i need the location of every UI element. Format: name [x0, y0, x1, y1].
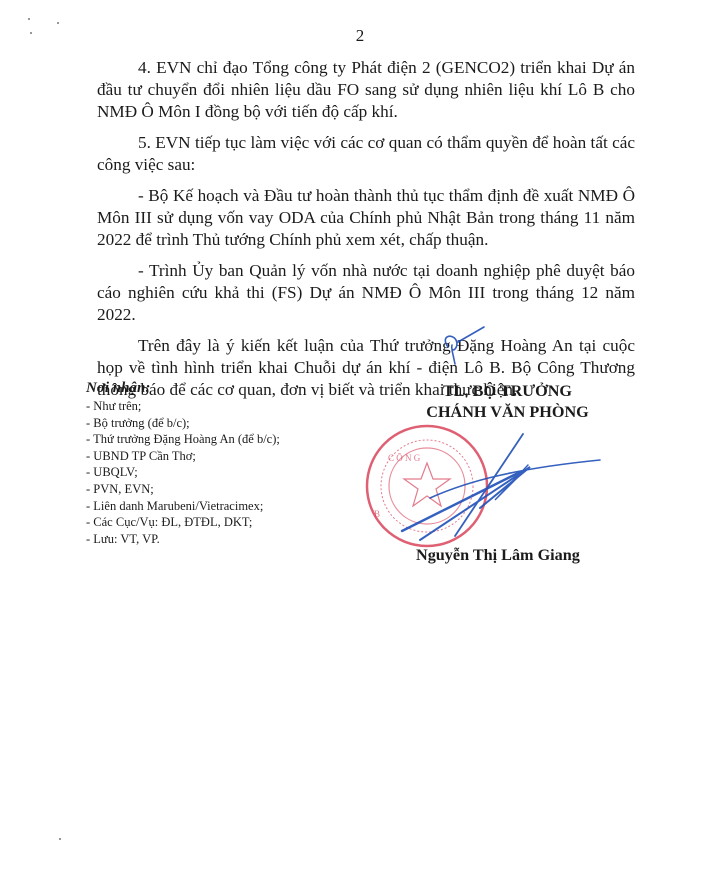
paragraph-sub-2: - Trình Ủy ban Quản lý vốn nhà nước tại …: [97, 260, 635, 326]
recipients-block: Nơi nhận: Như trên; Bộ trưởng (để b/c); …: [86, 380, 280, 547]
recipient-item: Bộ trưởng (để b/c);: [86, 415, 280, 432]
recipient-item: UBQLV;: [86, 464, 280, 481]
recipient-item: Lưu: VT, VP.: [86, 531, 280, 548]
signer-name: Nguyễn Thị Lâm Giang: [416, 546, 580, 565]
recipient-item: UBND TP Cần Thơ;: [86, 448, 280, 465]
svg-text:C Ô N G: C Ô N G: [388, 453, 421, 463]
svg-text:B: B: [374, 509, 380, 519]
recipients-list: Như trên; Bộ trưởng (để b/c); Thứ trưởng…: [86, 398, 280, 547]
recipients-heading: Nơi nhận:: [86, 380, 280, 397]
recipient-item: Thứ trưởng Đặng Hoàng An (để b/c);: [86, 431, 280, 448]
paragraph-sub-1: - Bộ Kế hoạch và Đầu tư hoàn thành thủ t…: [97, 185, 635, 251]
scan-speck: [59, 838, 61, 840]
paragraph-item-4: 4. EVN chỉ đạo Tổng công ty Phát điện 2 …: [97, 57, 635, 123]
recipient-item: Các Cục/Vụ: ĐL, ĐTĐL, DKT;: [86, 514, 280, 531]
recipient-item: Liên danh Marubeni/Vietracimex;: [86, 498, 280, 515]
official-seal-icon: C Ô N G B: [362, 421, 492, 551]
document-body: 4. EVN chỉ đạo Tổng công ty Phát điện 2 …: [97, 57, 635, 410]
recipient-item: Như trên;: [86, 398, 280, 415]
paragraph-item-5: 5. EVN tiếp tục làm việc với các cơ quan…: [97, 132, 635, 176]
scan-speck: [57, 22, 59, 24]
scan-speck: [28, 18, 30, 20]
signature-title-line1: TL. BỘ TRƯỞNG: [400, 381, 615, 402]
page-number: 2: [0, 26, 720, 46]
signature-title-block: TL. BỘ TRƯỞNG CHÁNH VĂN PHÒNG: [400, 381, 615, 423]
signature-title-line2: CHÁNH VĂN PHÒNG: [400, 402, 615, 423]
recipient-item: PVN, EVN;: [86, 481, 280, 498]
